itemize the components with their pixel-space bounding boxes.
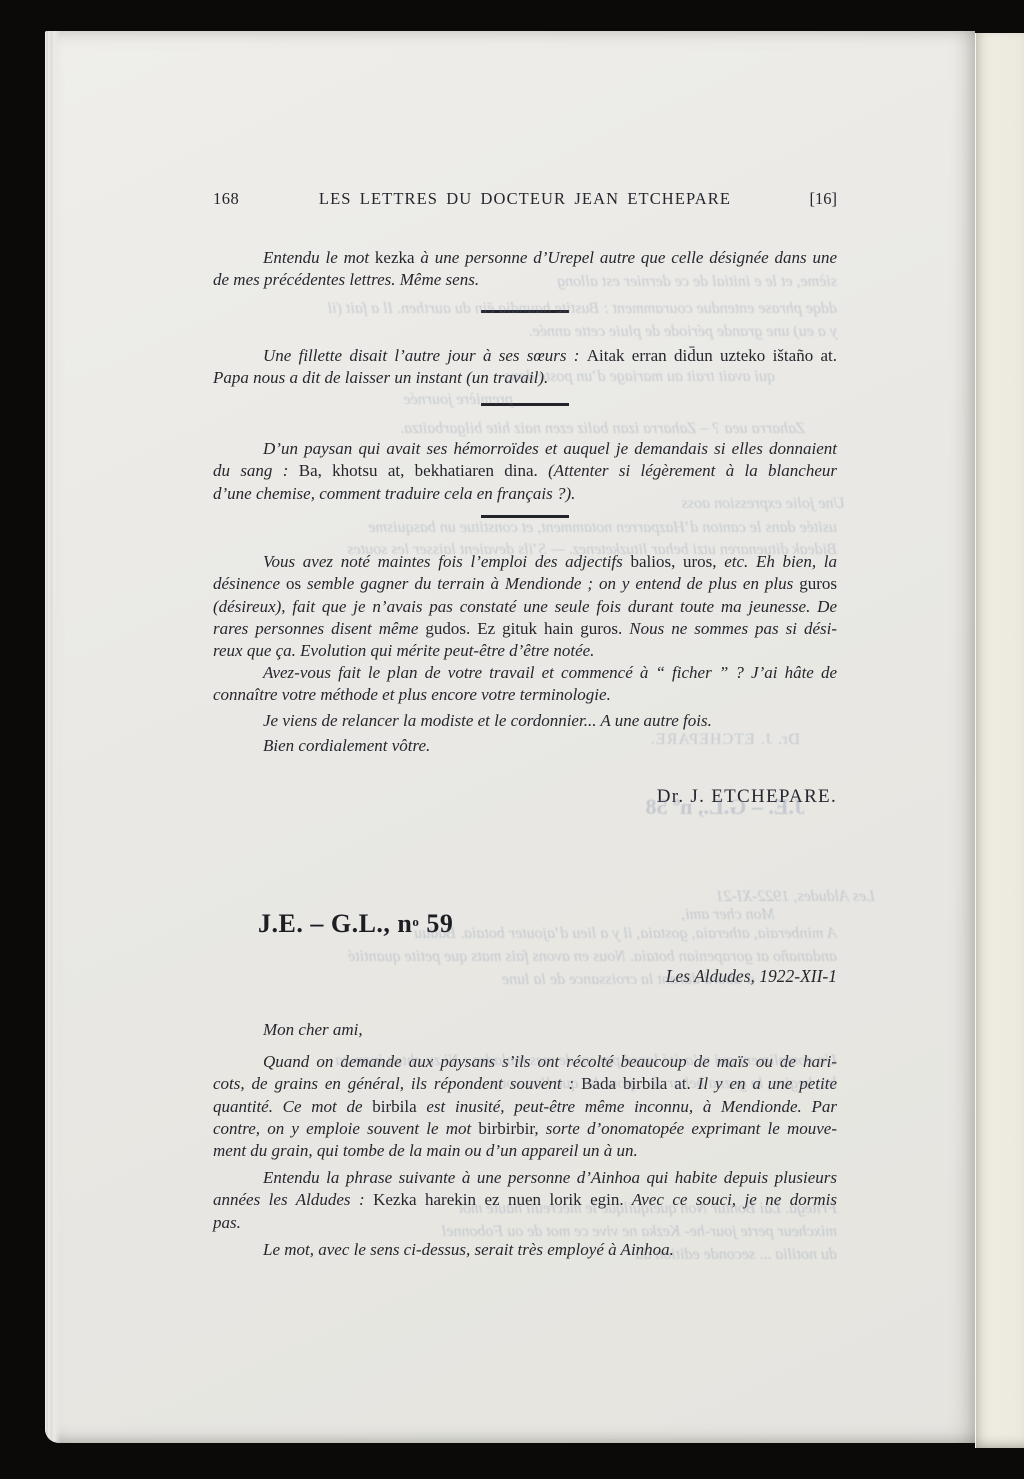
rule-bar bbox=[481, 403, 569, 406]
french-text: Nous ne sommes pas si dési- bbox=[622, 619, 837, 638]
basque-term: Aitak erran did̄un uzteko ištaño at. bbox=[587, 346, 837, 365]
french-text: pas. bbox=[213, 1213, 241, 1232]
text-line: désinence os semble gagner du terrain à … bbox=[213, 573, 837, 595]
basque-term: Kezka harekin ez nuen lorik egin. bbox=[373, 1190, 624, 1209]
dateline: Les Aldudes, 1922-XII-1 bbox=[213, 966, 839, 987]
letter-heading: J.E. – G.L., no 59 bbox=[213, 909, 882, 939]
book-page: 168 LES LETTRES DU DOCTEUR JEAN ETCHEPAR… bbox=[45, 31, 975, 1443]
paragraph: Vous avez noté maintes fois l’emploi des… bbox=[213, 551, 837, 662]
text-line: Entendu la phrase suivante à une personn… bbox=[213, 1167, 837, 1189]
paragraph: Avez-vous fait le plan de votre travail … bbox=[213, 662, 837, 707]
text-line: Quand on demande aux paysans s’ils ont r… bbox=[213, 1051, 837, 1073]
french-text: Bien cordialement vôtre. bbox=[263, 736, 430, 755]
ghost-text-line: usitée dans le canton d’Hazparren notamm… bbox=[213, 518, 837, 538]
french-text: D’un paysan qui avait ses hémorroïdes et… bbox=[263, 439, 837, 458]
french-text: (désireux), fait que je n’avais pas cons… bbox=[213, 597, 837, 616]
text-line: Je viens de relancer la modiste et le co… bbox=[213, 710, 837, 732]
french-text: Entendu le mot bbox=[263, 248, 375, 267]
text-line: ment du grain, qui tombe de la main ou d… bbox=[213, 1140, 837, 1162]
french-text: Je viens de relancer la modiste et le co… bbox=[263, 711, 712, 730]
french-text: etc. Eh bien, la bbox=[717, 552, 837, 571]
french-text: Papa nous a dit de laisser un instant (u… bbox=[213, 368, 548, 387]
rule-bar bbox=[481, 310, 569, 313]
paragraph: Une fillette disait l’autre jour à ses s… bbox=[213, 345, 837, 390]
basque-term: guros bbox=[799, 574, 837, 593]
french-text: années les Aldudes : bbox=[213, 1190, 373, 1209]
french-text: Avez-vous fait le plan de votre travail … bbox=[263, 663, 837, 682]
text-line: Papa nous a dit de laisser un instant (u… bbox=[213, 367, 837, 389]
basque-term: kezka bbox=[375, 248, 415, 267]
text-line: D’un paysan qui avait ses hémorroïdes et… bbox=[213, 438, 837, 460]
french-text: contre, on y emploie souvent le mot bbox=[213, 1119, 478, 1138]
french-text: cots, de grains en général, ils réponden… bbox=[213, 1074, 581, 1093]
french-text: reux que ça. Evolution qui mérite peut-ê… bbox=[213, 641, 594, 660]
ghost-text-line: y a eu) une grande période de pluie cett… bbox=[253, 322, 837, 342]
ghost-text-line: Zaharra uea ? – Zaharra izan baliz ezen … bbox=[245, 419, 805, 439]
rule-bar bbox=[481, 515, 569, 518]
page-number: 168 bbox=[213, 189, 303, 209]
french-text: Le mot, avec le sens ci-dessus, serait t… bbox=[263, 1240, 674, 1259]
french-text: semble gagner du terrain à Mendionde ; o… bbox=[301, 574, 799, 593]
french-text: quantité. Ce mot de bbox=[213, 1097, 372, 1116]
photograph-background: { "page_header": { "page_number": "168",… bbox=[0, 0, 1024, 1479]
ghost-text-line: andanaño at gorapenian botaia. Nous en a… bbox=[213, 947, 837, 967]
french-text: désinence bbox=[213, 574, 286, 593]
french-text: sorte d’onomatopée exprimant le mouve- bbox=[539, 1119, 837, 1138]
paragraph: Quand on demande aux paysans s’ils ont r… bbox=[213, 1051, 837, 1162]
text-line: rares personnes disent même gudos. Ez gi… bbox=[213, 618, 837, 640]
basque-term: birbirbir, bbox=[478, 1119, 538, 1138]
paragraph: Bien cordialement vôtre. bbox=[213, 735, 837, 757]
french-text: Vous avez noté maintes fois l’emploi des… bbox=[263, 552, 630, 571]
french-text: ment du grain, qui tombe de la main ou d… bbox=[213, 1141, 638, 1160]
text-line: années les Aldudes : Kezka harekin ez nu… bbox=[213, 1189, 837, 1211]
french-text: du sang : bbox=[213, 461, 299, 480]
french-text: Entendu la phrase suivante à une personn… bbox=[263, 1168, 837, 1187]
paragraph: Mon cher ami, bbox=[213, 1019, 837, 1041]
page-header: 168 LES LETTRES DU DOCTEUR JEAN ETCHEPAR… bbox=[213, 189, 837, 209]
text-line: du sang : Ba, khotsu at, bekhatiaren din… bbox=[213, 460, 837, 482]
ghost-text-line: Les Aldudes, 1922-XI-21 bbox=[545, 887, 875, 907]
text-line: quantité. Ce mot de birbila est inusité,… bbox=[213, 1096, 837, 1118]
issue-number: [16] bbox=[747, 189, 837, 209]
section-rule bbox=[213, 403, 837, 409]
french-text: Il y en a une petite bbox=[691, 1074, 837, 1093]
section-rule bbox=[213, 515, 837, 521]
text-line: Bien cordialement vôtre. bbox=[213, 735, 837, 757]
paragraph: Le mot, avec le sens ci-dessus, serait t… bbox=[213, 1239, 837, 1261]
french-text: connaître votre méthode et plus encore v… bbox=[213, 685, 611, 704]
text-line: de mes précédentes lettres. Même sens. bbox=[213, 269, 837, 291]
text-line: cots, de grains en général, ils réponden… bbox=[213, 1073, 837, 1095]
text-line: Vous avez noté maintes fois l’emploi des… bbox=[213, 551, 837, 573]
running-title: LES LETTRES DU DOCTEUR JEAN ETCHEPARE bbox=[303, 189, 747, 209]
signature: Dr. J. ETCHEPARE. bbox=[213, 786, 929, 808]
french-text: Mon cher ami, bbox=[263, 1020, 363, 1039]
text-line: connaître votre méthode et plus encore v… bbox=[213, 684, 837, 706]
french-text: d’une chemise, comment traduire cela en … bbox=[213, 484, 575, 503]
french-text: (Attenter si légèrement à la blancheur bbox=[538, 461, 837, 480]
paragraph: Entendu la phrase suivante à une personn… bbox=[213, 1167, 837, 1234]
french-text: Quand on demande aux paysans s’ils ont r… bbox=[263, 1052, 837, 1071]
french-text: Une fillette disait l’autre jour à ses s… bbox=[263, 346, 587, 365]
french-text: rares personnes disent même bbox=[213, 619, 425, 638]
basque-term: balios, uros, bbox=[630, 552, 716, 571]
text-line: Avez-vous fait le plan de votre travail … bbox=[213, 662, 837, 684]
paragraph: Entendu le mot kezka à une personne d’Ur… bbox=[213, 247, 837, 292]
book-fore-edge bbox=[975, 33, 1024, 1448]
text-line: Entendu le mot kezka à une personne d’Ur… bbox=[213, 247, 837, 269]
text-line: d’une chemise, comment traduire cela en … bbox=[213, 483, 837, 505]
basque-term: Bada birbila at. bbox=[581, 1074, 691, 1093]
paragraph: Je viens de relancer la modiste et le co… bbox=[213, 710, 837, 732]
paragraph: D’un paysan qui avait ses hémorroïdes et… bbox=[213, 438, 837, 505]
text-line: reux que ça. Evolution qui mérite peut-ê… bbox=[213, 640, 837, 662]
basque-term: os bbox=[286, 574, 301, 593]
text-line: pas. bbox=[213, 1212, 837, 1234]
section-rule bbox=[213, 310, 837, 316]
french-text: de mes précédentes lettres. Même sens. bbox=[213, 270, 479, 289]
basque-term: gudos. Ez gituk hain guros. bbox=[425, 619, 622, 638]
text-line: Mon cher ami, bbox=[213, 1019, 837, 1041]
french-text: Avec ce souci, je ne dormis bbox=[624, 1190, 837, 1209]
french-text: à une personne d’Urepel autre que celle … bbox=[415, 248, 837, 267]
text-line: Le mot, avec le sens ci-dessus, serait t… bbox=[213, 1239, 837, 1261]
basque-term: Ba, khotsu at, bekhatiaren dina. bbox=[299, 461, 538, 480]
french-text: est inusité, peut-être même inconnu, à M… bbox=[417, 1097, 837, 1116]
text-line: (désireux), fait que je n’avais pas cons… bbox=[213, 596, 837, 618]
ghost-text-line: ddqe phrase entendue couramment : Bustit… bbox=[213, 299, 837, 319]
basque-term: birbila bbox=[372, 1097, 416, 1116]
text-line: Une fillette disait l’autre jour à ses s… bbox=[213, 345, 837, 367]
heading-number: 59 bbox=[419, 909, 453, 938]
text-line: contre, on y emploie souvent le mot birb… bbox=[213, 1118, 837, 1140]
heading-prefix: J.E. – G.L., n bbox=[258, 909, 412, 938]
